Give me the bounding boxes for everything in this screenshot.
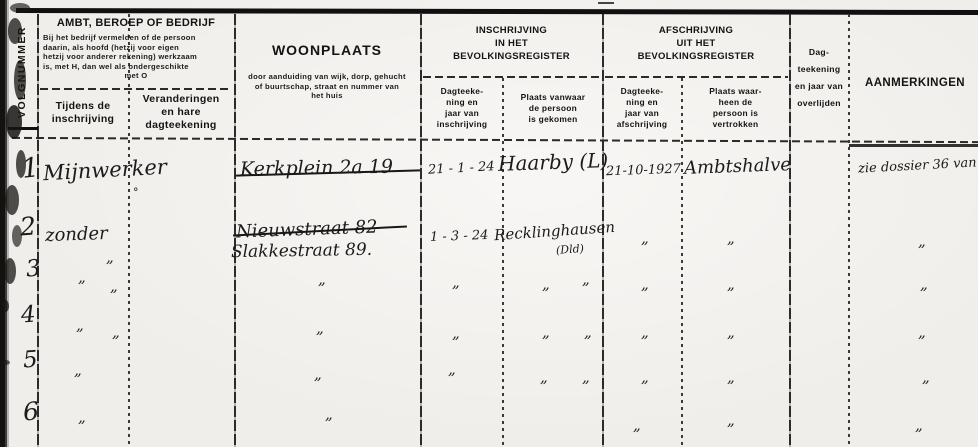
subcolumn-line: Plaats vanwaar [504,92,602,103]
column-divider [502,78,504,447]
row2-woonplaats: Slakkestraat 89. [231,240,372,262]
ditto-mark: „ [641,327,649,337]
ditto-mark: „ [918,327,926,337]
scan-noise [10,3,30,13]
ditto-mark: „ [76,320,84,330]
woonplaats-column-note: door aanduiding van wijk, dorp, gehucht … [237,72,417,101]
ditto-mark: „ [112,327,120,337]
note-line: daarin, als hoofd (hetzij voor eigen [43,43,229,53]
ditto-mark: „ [922,372,930,382]
subcolumn-line: vertrokken [683,119,788,130]
row4-volgnummer: 4 [20,302,36,329]
subcolumn-line: Dagteeke- [604,86,680,97]
ditto-mark: „ [641,279,649,289]
top-border-rule [16,8,978,15]
scanned-register-page: VOLGNUMMER AMBT, BEROEP OF BEDRIJF Bij h… [0,0,978,447]
row1-beroep-annotation: ° [133,186,139,199]
row2-inschrijving-datum: 1 - 3 - 24 [430,228,489,245]
scan-edge-noise [0,0,10,447]
note-line: is, met H, dan wel als ondergeschikte [43,62,229,72]
ditto-mark: „ [582,372,590,382]
header-bottom-rule [12,137,978,143]
subcolumn-veranderingen: Veranderingen en hare dagteekening [130,93,232,132]
row1-plaats-waarheen: Ambtshalve [684,154,792,179]
row1-beroep: Mijnwerker [42,155,167,185]
row2-plaats-vanwaar: Recklinghausen [494,218,616,244]
scan-noise [16,150,26,178]
ditto-mark: „ [727,415,735,425]
subcolumn-dagteekening-inschrijving: Dagteeke- ning en jaar van inschrijving [422,86,502,130]
scan-noise [8,18,22,44]
column-divider [37,14,39,447]
header-sub-rule [40,88,232,90]
subcolumn-line: Tijdens de [40,100,126,113]
ditto-mark: „ [325,409,333,419]
title-line: Dag- [786,44,852,61]
subcolumn-dagteekening-afschrijving: Dagteeke- ning en jaar van afschrijving [604,86,680,130]
header-bottom-rule-heavy [849,144,978,147]
ditto-mark: „ [110,281,118,291]
subcolumn-line: is gekomen [504,114,602,125]
scan-noise [14,60,26,100]
subcolumn-plaats-vanwaar: Plaats vanwaar de persoon is gekomen [504,92,602,125]
ditto-mark: „ [918,236,926,246]
ditto-mark: „ [727,233,735,243]
subcolumn-line: persoon is [683,108,788,119]
row1-inschrijving-datum: 21 - 1 - 24 [428,159,495,177]
ditto-mark: „ [452,328,460,338]
ditto-mark: „ [915,420,923,430]
note-line: of buurtschap, straat en nummer van [237,82,417,92]
row2-plaats-vanwaar-land: (Dld) [556,242,585,257]
overlijden-column-title: Dag- teekening en jaar van overlijden [786,44,852,112]
scan-speck [598,2,614,4]
row2-beroep: zonder [45,223,108,246]
ditto-mark: „ [452,277,460,287]
title-line: BEVOLKINGSREGISTER [604,50,788,63]
title-line: en jaar van [786,78,852,95]
subcolumn-line: heen de [683,97,788,108]
row1-plaats-vanwaar: Haarby (L) [498,148,609,176]
row1-woonplaats-struck: Kerkplein 2a 19 [240,156,393,181]
scan-noise [1,360,10,365]
ditto-mark: „ [74,365,82,375]
scan-noise [12,225,22,247]
subcolumn-line: afschrijving [604,119,680,130]
title-line: IN HET [422,37,601,50]
row5-volgnummer: 5 [22,347,38,374]
scan-noise [5,185,19,215]
ambt-column-title: AMBT, BEROEP OF BEDRIJF [40,17,232,29]
ditto-mark: „ [727,372,735,382]
ditto-mark: „ [106,252,114,262]
ditto-mark: „ [540,372,548,382]
ditto-mark: „ [641,372,649,382]
ditto-mark: „ [78,272,86,282]
subcolumn-line: ning en [604,97,680,108]
subcolumn-plaats-waarheen: Plaats waar- heen de persoon is vertrokk… [683,86,788,130]
subcolumn-line: en hare [130,106,232,119]
row1-aanmerking: zie dossier 36 van 19 [858,154,978,176]
title-line: teekening [786,61,852,78]
ditto-mark: „ [641,233,649,243]
title-line: AFSCHRIJVING [604,24,788,37]
subcolumn-line: jaar van [422,108,502,119]
ditto-mark: „ [314,369,322,379]
ditto-mark: „ [316,323,324,333]
subcolumn-line: dagteekening [130,119,232,132]
woonplaats-column-title: WOONPLAATS [237,42,417,58]
ambt-column-note: Bij het bedrijf vermelden of de persoon … [43,33,229,81]
ditto-mark: „ [78,412,86,422]
row3-volgnummer: 3 [25,255,42,282]
subcolumn-line: Dagteeke- [422,86,502,97]
afschrijving-group-title: AFSCHRIJVING UIT HET BEVOLKINGSREGISTER [604,24,788,63]
title-line: UIT HET [604,37,788,50]
column-divider [681,78,683,447]
note-line: met O [43,71,229,81]
note-line: hetzij voor anderer rekening) werkzaam [43,52,229,62]
ditto-mark: „ [920,279,928,289]
subcolumn-line: jaar van [604,108,680,119]
ditto-mark: „ [727,279,735,289]
note-line: door aanduiding van wijk, dorp, gehucht [237,72,417,82]
subcolumn-line: Veranderingen [130,93,232,106]
ditto-mark: „ [448,364,456,374]
title-line: INSCHRIJVING [422,24,601,37]
ditto-mark: „ [542,279,550,289]
row1-afschrijving-datum: 21-10-1927 [606,162,681,180]
title-line: overlijden [786,95,852,112]
scan-noise [2,300,9,312]
ditto-mark: „ [633,420,641,430]
subcolumn-line: inschrijving [40,113,126,126]
subcolumn-tijdens-inschrijving: Tijdens de inschrijving [40,100,126,126]
row6-volgnummer: 6 [22,396,40,426]
subcolumn-line: Plaats waar- [683,86,788,97]
ditto-mark: „ [318,274,326,284]
scan-noise [4,258,16,284]
subcolumn-line: de persoon [504,103,602,114]
header-sub-rule [605,76,788,78]
title-line: BEVOLKINGSREGISTER [422,50,601,63]
inschrijving-group-title: INSCHRIJVING IN HET BEVOLKINGSREGISTER [422,24,601,63]
ditto-mark: „ [584,327,592,337]
ditto-mark: „ [582,274,590,284]
aanmerkingen-column-title: AANMERKINGEN [852,77,978,89]
ditto-mark: „ [542,327,550,337]
note-line: het huis [237,91,417,101]
header-sub-rule [423,76,601,78]
ditto-mark: „ [727,327,735,337]
note-line: Bij het bedrijf vermelden of de persoon [43,33,229,43]
column-divider [420,14,422,447]
scan-noise [6,105,22,139]
subcolumn-line: ning en [422,97,502,108]
subcolumn-line: inschrijving [422,119,502,130]
